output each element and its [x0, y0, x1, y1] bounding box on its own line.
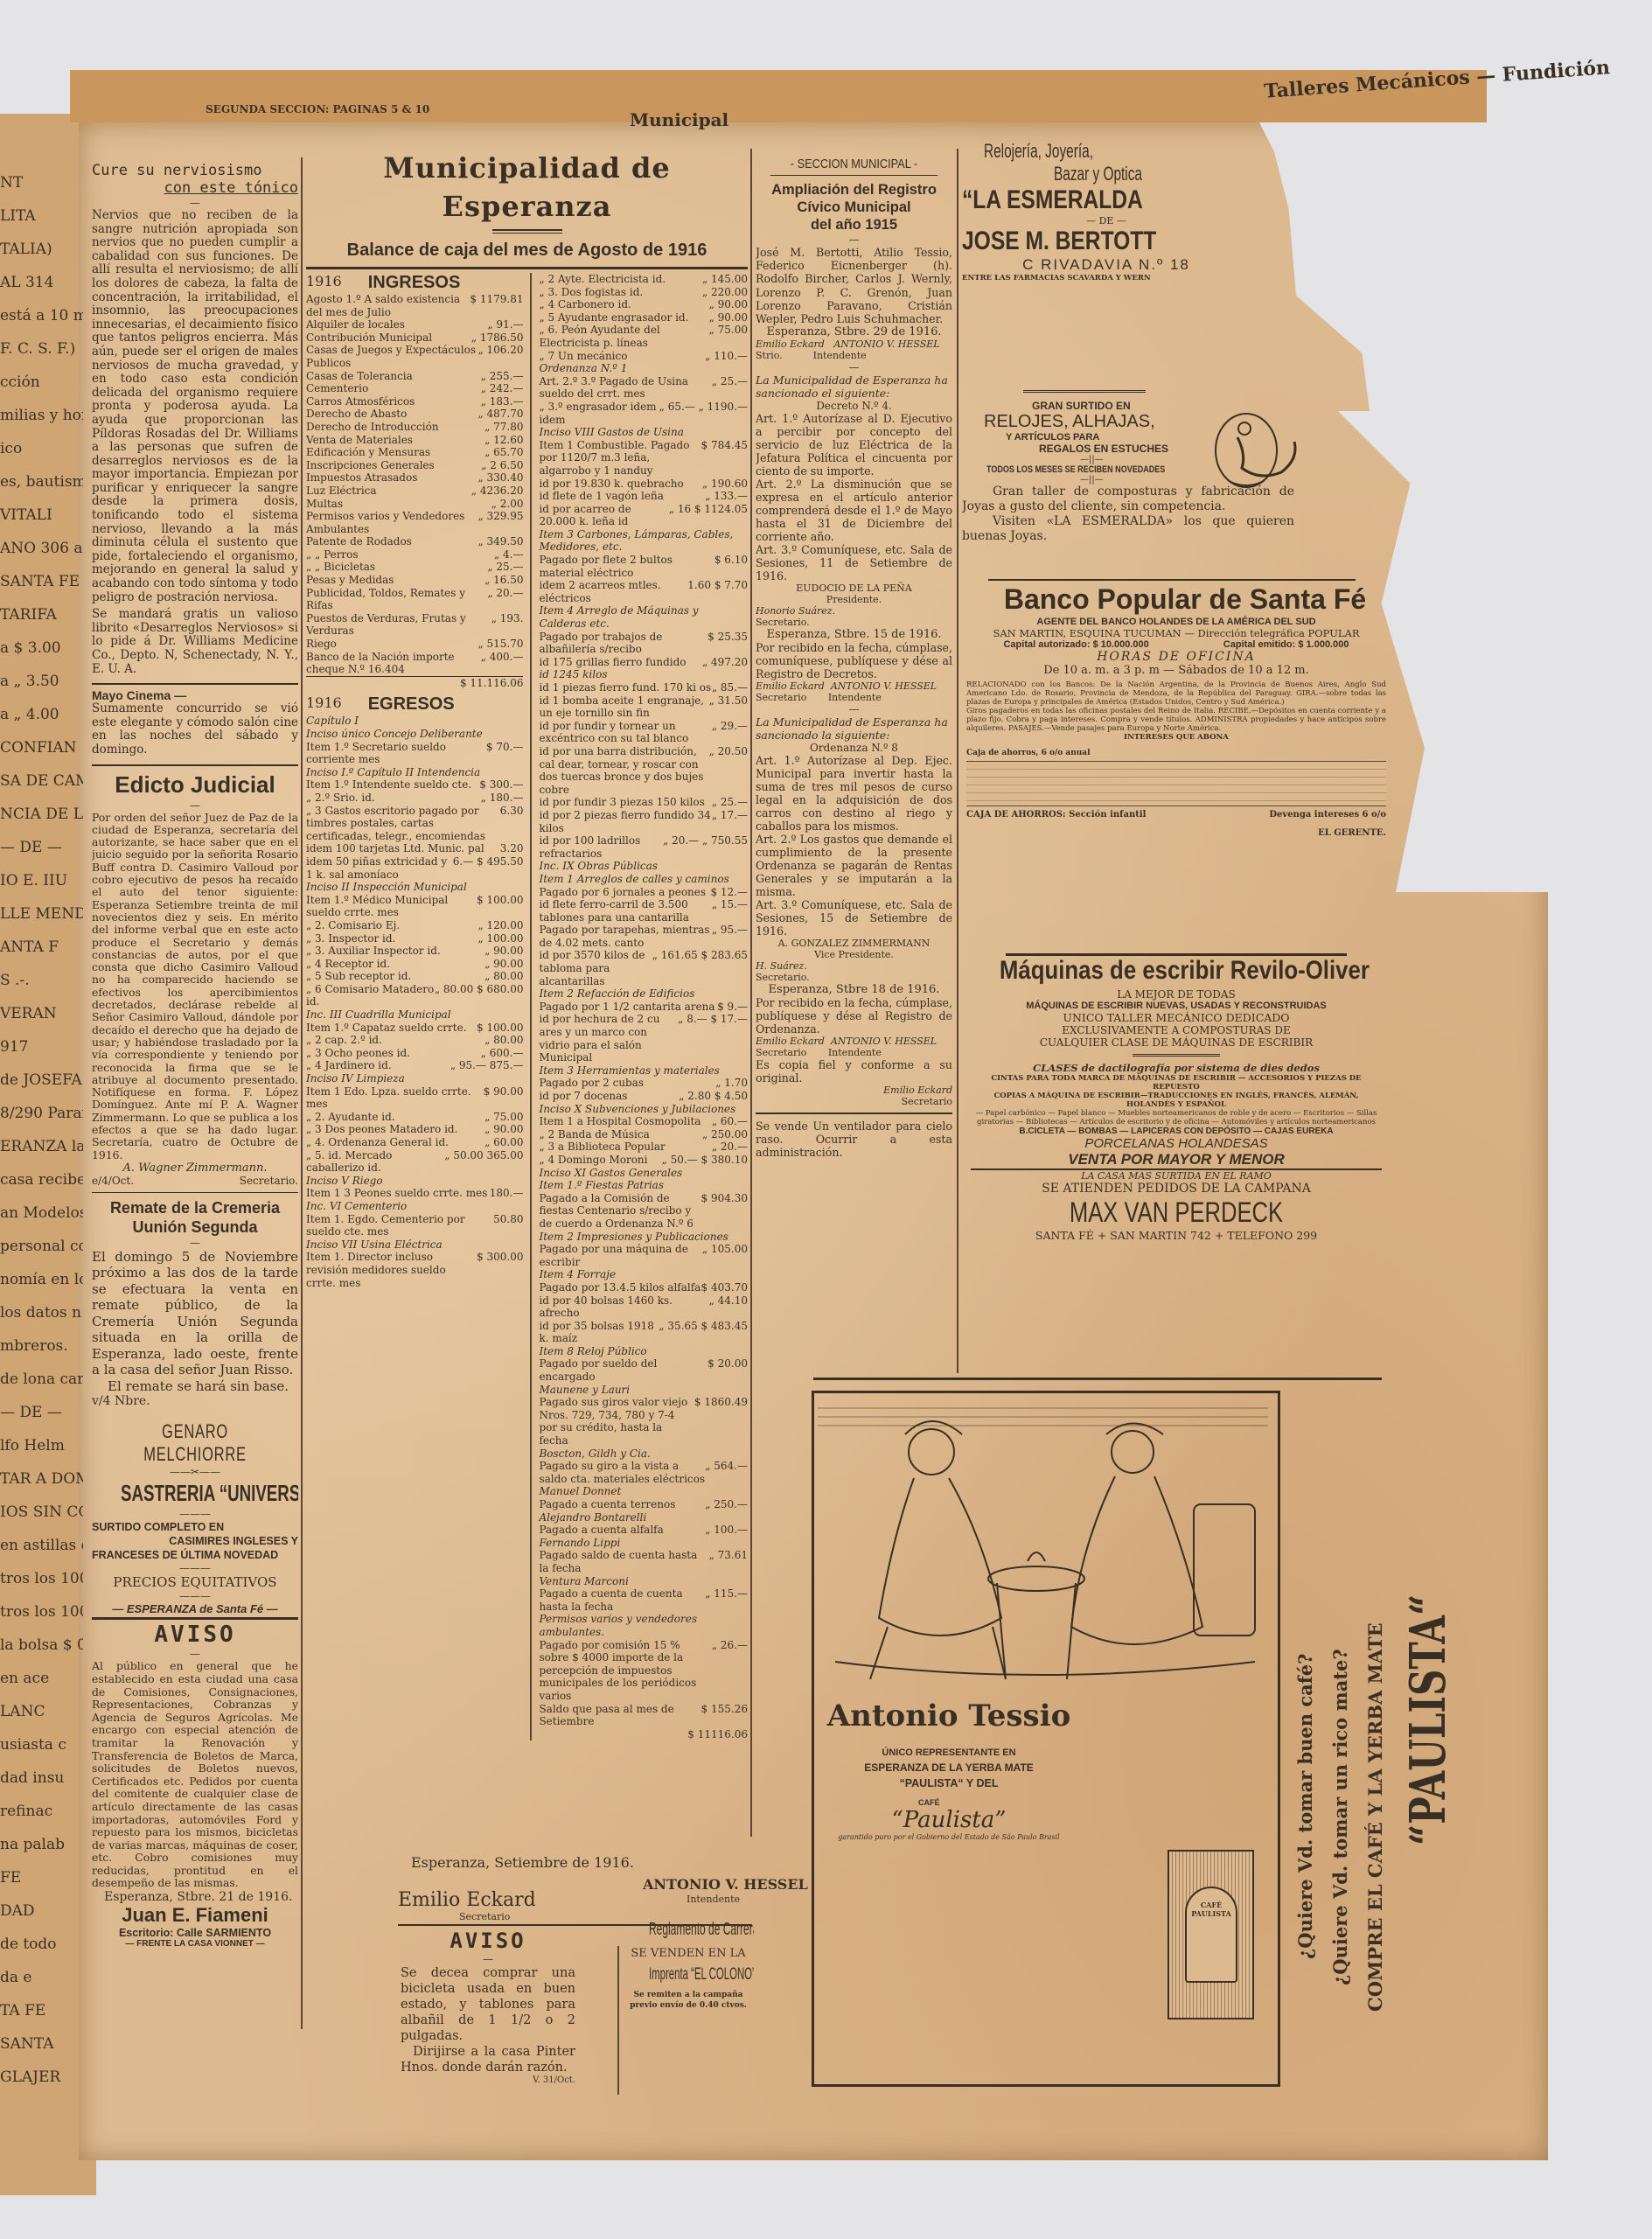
revilo-papel: — Papel carbónico — Papel blanco — Muebl…: [971, 1109, 1382, 1126]
ledger-row: Inciso único Concejo Deliberante: [306, 728, 523, 741]
ordenanza-secretary-role: Secretario.: [756, 972, 952, 983]
ledger-row: Pagado sus giros valor viejo Nros. 729, …: [539, 1396, 748, 1447]
revilo-bicicleta: B.CICLETA — BOMBAS — LAPICERAS CON DEPÓS…: [971, 1126, 1382, 1136]
ledger-item: Maunene y Lauri: [539, 1384, 630, 1397]
column-divider: [957, 149, 958, 1373]
sastreria-city: — ESPERANZA de Santa Fé —: [92, 1602, 298, 1615]
ledger-row: Item 1 Combustible. Pagado por 1120/7 m.…: [539, 439, 748, 478]
ledger-row: Pagado por 6 jornales a peones$ 12.—: [539, 886, 748, 899]
ledger-item: id por 19.830 k. quebracho: [539, 478, 683, 491]
ledger-row: „ 3.º engrasador idem idem„ 65.— „ 1190.…: [539, 401, 748, 426]
reglamento-ad: Reglamento de Carreras SE VENDEN EN LA I…: [623, 1920, 754, 2095]
ledger-amount: „ 220.00: [702, 286, 748, 299]
ledger-amount: 6.30: [500, 805, 524, 843]
ledger-amount: $ 904.30: [701, 1192, 748, 1231]
ledger-item: „ 3. Dos fogistas id.: [539, 286, 643, 299]
ledger-item: Item 1 Arreglos de calles y caminos: [539, 873, 728, 886]
revilo-line-1: LA MEJOR DE TODAS: [971, 988, 1382, 1001]
esmeralda-between: ENTRE LAS FARMACIAS SCAVARDA Y WERN: [962, 274, 1251, 282]
ledger-row: „ 2.º Srio. id.„ 180.—: [306, 792, 523, 805]
ledger-row: „ 2. Ayudante id.„ 75.00: [306, 1111, 523, 1124]
ledger-item: Pagado a cuenta alfalfa: [539, 1524, 663, 1537]
ledger-row: idem 50 piñas extricidad y 1 k. sal amon…: [306, 855, 523, 881]
ledger-row: Casas de Tolerancia„ 255.—: [306, 370, 523, 383]
ledger-row: id por fundir 3 piezas 150 kilos„ 25.—: [539, 796, 748, 809]
ledger-amount: „ 250.—: [705, 1498, 748, 1511]
ledger-amount: „ 515.70: [477, 638, 523, 651]
decreto-date: Esperanza, Stbre. 15 de 1916.: [756, 628, 952, 641]
edicto-text: Por orden del señor Juez de Paz de la ci…: [92, 812, 298, 1161]
ledger-row: „ 6 Comisario Matadero id.„ 80.00 $ 680.…: [306, 983, 523, 1008]
ledger-row: „ 3 Gastos escritorio pagado por timbres…: [306, 805, 523, 843]
ledger-amount: $ 100.00: [477, 1022, 523, 1035]
ledger-item: Inciso VIII Gastos de Usina: [539, 426, 683, 439]
ledger-row: id flete de 1 vagón leña„ 133.—: [539, 490, 748, 503]
ledger-amount: „ 95.—: [712, 924, 748, 949]
ledger-amount: „ 133.—: [705, 490, 748, 503]
copy-statement: Es copia fiel y conforme a su original.: [756, 1058, 952, 1085]
ledger-item: Item 1 a Hospital Cosmopolita: [539, 1115, 701, 1128]
ledger-amount: „ 50.00 365.00: [444, 1149, 523, 1175]
ledger-amount: $ 1860.49: [694, 1396, 748, 1447]
ledger-amount: $ 1179.81: [470, 293, 523, 318]
ledger-item: „ 3 Gastos escritorio pagado por timbres…: [306, 805, 500, 843]
left-strip-line: TA FE: [0, 1994, 83, 2027]
ledger-item: Contribución Municipal: [306, 331, 432, 345]
ledger-amount: $ 12.—: [710, 886, 748, 899]
aviso-bici-text: Se decea comprar una bicicleta usada en …: [401, 1965, 575, 2044]
mayo-cinema-title: Mayo Cinema —: [92, 688, 298, 702]
ledger-item: „ 6 Comisario Matadero id.: [306, 983, 435, 1008]
edicto-title: Edicto Judicial: [92, 770, 298, 799]
left-strip-line: — DE —: [0, 1396, 83, 1429]
ledger-item: Pagado por comisión 15 % sobre $ 4000 im…: [539, 1639, 711, 1703]
ledger-amount: $ 9.—: [717, 1001, 748, 1014]
ledger-item: Pagado por 2 cubas: [539, 1077, 644, 1090]
ledger-amount: „ 65.— „ 1190.—: [659, 401, 748, 426]
tessio-line-1: ÚNICO REPRESENTANTE EN: [818, 1747, 1080, 1758]
decreto-intro: La Municipalidad de Esperanza ha sancion…: [756, 373, 952, 400]
column-divider: [750, 149, 752, 1837]
left-strip-line: SANTA: [0, 2027, 83, 2061]
ledger-row: Edificación y Mensuras„ 65.70: [306, 446, 523, 459]
ledger-row: id por fundir y tornear un excéntrico co…: [539, 720, 748, 745]
ledger-row: Manuel Donnet: [539, 1485, 748, 1498]
ordenanza-vp-role: Vice Presidente.: [756, 949, 952, 960]
ledger-item: Alquiler de locales: [306, 318, 405, 331]
ledger-item: „ 5 Sub receptor id.: [306, 970, 411, 983]
ledger-row: id flete ferro-carril de 3.500 tablones …: [539, 898, 748, 924]
ledger-amount: $ 784.45: [701, 439, 748, 478]
ledger-amount: „ 65.70: [484, 446, 523, 459]
ledger-row: Item 1.º Médico Municipal sueldo crrte. …: [306, 894, 523, 919]
banco-gerente: EL GERENTE.: [966, 828, 1386, 838]
ledger-item: Publicidad, Toldos, Remates y Rifas: [306, 587, 487, 612]
mermaid-illustration-icon: [1211, 411, 1316, 499]
ledger-amount: „ 330.40: [477, 471, 523, 485]
ledger-item: Item 1.º Fiestas Patrias: [539, 1179, 664, 1192]
ledger-row: Agosto 1.º A saldo existencia del mes de…: [306, 293, 523, 318]
ledger-amount: 50.80: [493, 1213, 523, 1238]
rule: [988, 579, 1356, 581]
ledger-item: Pagado a cuenta terrenos: [539, 1498, 675, 1511]
revilo-venta: VENTA POR MAYOR Y MENOR: [971, 1151, 1382, 1170]
ledger-item: Pagado sus giros valor viejo Nros. 729, …: [539, 1396, 694, 1447]
ledger-row: Carros Atmosféricos„ 183.—: [306, 395, 523, 408]
ledger-item: Inciso VII Usina Eléctrica: [306, 1238, 443, 1252]
revilo-line-3: UNICO TALLER MECÁNICO DEDICADO: [971, 1011, 1382, 1024]
ledger-item: Item 1. Egdo. Cementerio por sueldo cte.…: [306, 1213, 493, 1238]
se-vende-notice: Se vende Un ventilador para cielo raso. …: [756, 1119, 952, 1159]
ledger-item: „ 2. Ayudante id.: [306, 1111, 395, 1124]
ledger-row: Item 1.º Secretario sueldo corriente mes…: [306, 741, 523, 766]
nervios-title-1: Cure su nerviosismo: [92, 162, 298, 179]
capital-issued-label: Capital emitido:: [1223, 639, 1296, 650]
ingresos-heading: INGRESOS: [368, 273, 461, 293]
decreto-text: Por recibido en la fecha, cúmplase, comu…: [756, 641, 952, 680]
ledger-item: Inciso único Concejo Deliberante: [306, 728, 483, 741]
reglamento-title: Reglamento de Carreras: [649, 1920, 728, 1940]
column-1: Cure su nerviosismo con este tónico — Ne…: [92, 162, 298, 2138]
revilo-line-4: EXCLUSIVAMENTE A COMPOSTURAS DE: [971, 1024, 1382, 1036]
ledger-item: „ 7 Un mecánico: [539, 350, 627, 363]
left-strip-line: IO E. IIU: [0, 864, 83, 897]
reglamento-line-2: Imprenta “EL COLONO”: [649, 1965, 728, 1984]
ledger-amount: „ 193.: [491, 612, 524, 638]
banco-hours: De 10 a. m. a 3 p. m — Sábados de 10 a 1…: [966, 664, 1386, 677]
ledger-amount: „ 20.—: [487, 587, 523, 612]
ledger-item: Patente de Rodados: [306, 535, 412, 548]
ledger-row: Inscripciones Generales„ 2 6.50: [306, 459, 523, 472]
ledger-amount: „ 25.—: [712, 375, 748, 401]
ledger-row: „ 4 Carbonero id.„ 90.00: [539, 298, 748, 311]
ledger-amount: „ 115.—: [705, 1587, 748, 1613]
left-strip-line: personal com: [0, 1230, 83, 1263]
ledger-amount: $ 90.00: [484, 1085, 524, 1111]
revilo-cintas: CINTAS PARA TODA MARCA DE MÁQUINAS DE ES…: [971, 1074, 1382, 1092]
left-strip-line: tros los 1000 kilo: [0, 1595, 83, 1629]
ledger-item: Item 4 Forraje: [539, 1268, 616, 1281]
left-strip-line: cción: [0, 366, 83, 399]
banco-address: SAN MARTIN, ESQUINA TUCUMAN — Dirección …: [966, 627, 1386, 639]
ledger-item: id por 40 bolsas 1460 ks. afrecho: [539, 1294, 708, 1320]
ledger-item: Saldo que pasa al mes de Setiembre: [539, 1703, 701, 1728]
ledger-row: Pagado saldo de cuenta hasta la fecha„ 7…: [539, 1549, 748, 1574]
ledger-row: Maunene y Lauri: [539, 1384, 748, 1397]
left-strip-line: está a 10 m: [0, 299, 83, 332]
banco-caja: Caja de ahorros, 6 o/o anual: [966, 749, 1386, 757]
ledger-item: id 1245 kilos: [539, 668, 607, 681]
capital-authorized-label: Capital autorizado:: [1003, 639, 1090, 650]
left-strip-line: lfo Helm: [0, 1429, 83, 1462]
rule: [813, 1378, 1382, 1380]
ledger-item: „ 2 Banda de Música: [539, 1128, 649, 1141]
ledger-item: Item 1.º Capataz sueldo crrte.: [306, 1022, 467, 1035]
ledger-item: id por 2 piezas fierro fundido 34 kilos: [539, 809, 711, 834]
paulista-buy: COMPRE EL CAFÉ Y LA YERBA MATE: [1364, 1622, 1386, 2012]
ledger-item: Item 2 Refacción de Edificios: [539, 987, 694, 1001]
ledger-item: Cementerio: [306, 382, 368, 395]
ledger-item: „ 5 Ayudante engrasador id.: [539, 311, 688, 324]
ledger-amount: „ 29.—: [712, 720, 748, 745]
decreto-art-2: Art. 2.º La disminución que se expresa e…: [756, 478, 952, 543]
ledger-row: „ 2 Ayte. Electricista id.„ 145.00: [539, 273, 748, 286]
ledger-row: Item 3 Carbones, Lámparas, Cables, Medid…: [539, 528, 748, 554]
ledger-row: Casas de Juegos y Expectáculos Publicos„…: [306, 344, 523, 369]
ledger-amount: 6.— $ 495.50: [453, 855, 524, 881]
cafe-package-label: CAFÉ PAULISTA: [1185, 1887, 1237, 1983]
ledger-amount: „ 120.00: [477, 919, 523, 932]
left-strip-line: ico: [0, 432, 83, 465]
revilo-porcelanas: PORCELANAS HOLANDESAS: [971, 1136, 1382, 1151]
egresos-year: 1916: [306, 694, 342, 715]
ledger-amount: „ 20.50: [709, 745, 748, 796]
ledger-item: Inscripciones Generales: [306, 459, 435, 472]
esmeralda-visiten: Visiten «LA ESMERALDA» los que quieren b…: [962, 514, 1294, 544]
ledger-amount: „ 15.—: [712, 898, 748, 924]
ledger-amount: $ 300.—: [479, 778, 523, 792]
ledger-amount: $ 70.—: [486, 741, 524, 766]
ledger-amount: „ 80.00: [484, 1034, 523, 1047]
ledger-item: „ 4 Receptor id.: [306, 958, 390, 971]
ledger-item: Pagado por flete 2 bultos material eléct…: [539, 554, 714, 579]
ledger-item: „ 4 Domingo Moroni: [539, 1154, 647, 1167]
ledger-amount: „ 8.— $ 17.—: [678, 1013, 748, 1064]
left-strip-line: TAR A DOMICI: [0, 1462, 83, 1496]
ledger-item: id por fundir y tornear un excéntrico co…: [539, 720, 711, 745]
ledger-item: Item 1 3 Peones sueldo crrte. mes: [306, 1187, 487, 1200]
copy-role: Secretario: [756, 1096, 952, 1107]
left-strip-line: VITALI: [0, 499, 83, 532]
ledger-row: Pagado por trabajos de albañilería s/rec…: [539, 631, 748, 656]
left-strip-line: IOS SIN COMPETEN: [0, 1496, 83, 1529]
ledger-item: Pagado por 1 1/2 cantarita arena: [539, 1001, 714, 1014]
ledger-item: Riego: [306, 638, 337, 651]
ledger-item: Casas de Juegos y Expectáculos Publicos: [306, 344, 477, 369]
sastreria-line-3: FRANCESES DE ÚLTIMA NOVEDAD: [92, 1548, 298, 1562]
ordenanza-intro: La Municipalidad de Esperanza ha sancion…: [756, 715, 952, 742]
ledger-item: Permisos varios y Vendedores Ambulantes: [306, 510, 477, 535]
tessio-line-2: ESPERANZA DE LA YERBA MATE: [818, 1761, 1080, 1774]
ledger-row: Inciso V Riego: [306, 1175, 523, 1188]
ledger-amount: „ 161.65 $ 283.65: [652, 949, 748, 987]
sastreria-prices: PRECIOS EQUITATIVOS: [92, 1574, 298, 1590]
ledger-row: Item 4 Forraje: [539, 1268, 748, 1281]
decreto-art-3: Art. 3.º Comuníquese, etc. Sala de Sesio…: [756, 543, 952, 582]
paulista-brand: “PAULISTA“: [1399, 1594, 1457, 1845]
ledger-amount: „ 145.00: [702, 273, 748, 286]
left-strip-line: a „ 3.50: [0, 665, 83, 698]
ledger-amount: „ 349.50: [477, 535, 523, 548]
ledger-row: „ „ Bicicletas„ 25.—: [306, 561, 523, 574]
revilo-owner: MAX VAN PERDECK: [1012, 1196, 1341, 1229]
ledger-row: $ 11116.06: [539, 1728, 748, 1741]
left-strip-line: en astillas corta: [0, 1529, 83, 1562]
ledger-item: „ 5. id. Mercado caballerizo id.: [306, 1149, 444, 1175]
ledger-item: id por 3570 kilos de tabloma para alcant…: [539, 949, 652, 987]
municipal-secretary-role: Secretario: [459, 1911, 510, 1922]
left-strip-line: ANO 306 al: [0, 532, 83, 565]
esmeralda-de: — DE —: [962, 215, 1251, 227]
ledger-item: id por 7 docenas: [539, 1090, 627, 1103]
ledger-item: Item 1 Edo. Lpza. sueldo crrte. mes: [306, 1085, 484, 1111]
ledger-amount: „ 100.00: [477, 932, 523, 945]
ledger-item: „ 4 Jardinero id.: [306, 1059, 392, 1072]
ordenanza-date: Esperanza, Stbre 18 de 1916.: [756, 983, 952, 996]
ordenanza-roles: Secretario Intendente: [756, 1047, 952, 1058]
ledger-item: id 175 grillas fierro fundido: [539, 656, 686, 669]
ledger-item: Inciso XI Gastos Generales: [539, 1167, 682, 1180]
ledger-item: Pagado a cuenta de cuenta hasta la fecha: [539, 1587, 705, 1613]
sastreria-line-2: CASIMIRES INGLESES Y: [92, 1534, 298, 1548]
ledger-item: id 1 bomba aceite 1 engranaje, un eje to…: [539, 694, 708, 720]
ledger-amount: „ 183.—: [481, 395, 524, 408]
ledger-row: „ 5 Sub receptor id.„ 80.00: [306, 970, 523, 983]
ledger-item: Agosto 1.º A saldo existencia del mes de…: [306, 293, 470, 318]
left-strip-line: GLAJER: [0, 2061, 83, 2094]
decreto-president: EUDOCIO DE LA PEÑA: [756, 582, 952, 594]
left-underlying-column: NTLITATALIA)AL 314está a 10 mF. C. S. F.…: [0, 166, 83, 2152]
ledger-item: Derecho de Abasto: [306, 408, 407, 421]
decreto-president-role: Presidente.: [756, 594, 952, 605]
revilo-line-2: MÁQUINAS DE ESCRIBIR NUEVAS, USADAS Y RE…: [971, 1001, 1382, 1011]
ledger-row: id por 35 bolsas 1918 k. maíz„ 35.65 $ 4…: [539, 1320, 748, 1345]
ledger-row: „ 5. id. Mercado caballerizo id.„ 50.00 …: [306, 1149, 523, 1175]
decreto-number: Decreto N.º 4.: [756, 400, 952, 412]
ledger-row: id 1245 kilos: [539, 668, 748, 681]
left-strip-line: de lona carbon: [0, 1363, 83, 1396]
ledger-amount: „ 497.20: [702, 656, 748, 669]
ledger-row: Alquiler de locales„ 91.—: [306, 318, 523, 331]
seccion-header: - SECCION MUNICIPAL -: [770, 153, 938, 176]
ledger-row: „ „ Perros„ 4.—: [306, 548, 523, 561]
aviso-name: Juan E. Fiameni: [92, 1904, 298, 1927]
ledger-row: Saldo que pasa al mes de Setiembre$ 155.…: [539, 1703, 748, 1728]
ledger-row: Publicidad, Toldos, Remates y Rifas„ 20.…: [306, 587, 523, 612]
egresos-table: Capítulo IInciso único Concejo Deliberan…: [306, 715, 523, 1289]
ledger-row: „ 3 a Biblioteca Popular„ 20.—: [539, 1140, 748, 1154]
registro-date: Esperanza, Stbre. 29 de 1916.: [756, 325, 952, 338]
left-strip-line: SANTA FE: [0, 565, 83, 598]
ledger-row: „ 7 Un mecánico„ 110.—: [539, 350, 748, 363]
sastreria-owner: GENARO MELCHIORRE: [118, 1420, 273, 1466]
ledger-amount: „ 400.—: [481, 651, 524, 676]
ledger-row: Pagado a cuenta terrenos„ 250.—: [539, 1498, 748, 1511]
ledger-amount: $ 11116.06: [687, 1728, 748, 1741]
municipal-title: Municipalidad de Esperanza: [306, 149, 748, 226]
ledger-item: Impuestos Atrasados: [306, 471, 417, 485]
ledger-row: Item 1.º Intendente sueldo cte.$ 300.—: [306, 778, 523, 792]
ledger-item: Inc. III Cuadrilla Municipal: [306, 1008, 451, 1022]
revilo-title: Máquinas de escribir Revilo-Oliver: [1000, 953, 1353, 988]
ledger-amount: $ 20.00: [708, 1357, 748, 1383]
ledger-amount: 3.20: [500, 842, 524, 855]
ledger-row: Derecho de Abasto„ 487.70: [306, 408, 523, 421]
aviso-title: AVISO: [92, 1622, 298, 1648]
ledger-amount: „ 16 $ 1124.05: [669, 503, 748, 528]
ledger-item: id por fundir 3 piezas 150 kilos: [539, 796, 704, 809]
balance-right-column: „ 2 Ayte. Electricista id.„ 145.00„ 3. D…: [539, 273, 748, 1740]
ledger-item: Pagado saldo de cuenta hasta la fecha: [539, 1549, 708, 1574]
ledger-row: id por acarreo de 20.000 k. leña id„ 16 …: [539, 503, 748, 528]
ledger-item: Art. 2.º 3.º Pagado de Usina sueldo del …: [539, 375, 711, 401]
ledger-item: id por acarreo de 20.000 k. leña id: [539, 503, 668, 528]
ledger-item: „ 3. Auxiliar Inspector id.: [306, 945, 441, 958]
revilo-copias: COPIAS A MÁQUINA DE ESCRIBIR—TRADUCCIONE…: [971, 1092, 1382, 1109]
ledger-row: id por una barra distribución, cal dear,…: [539, 745, 748, 796]
ledger-amount: „ 60.00: [484, 1136, 523, 1149]
ledger-row: Pagado por 1 1/2 cantarita arena$ 9.—: [539, 1001, 748, 1014]
ledger-amount: „ 95.— 875.—: [450, 1059, 524, 1072]
ledger-item: Item 3 Herramientas y materiales: [539, 1064, 719, 1078]
remate-text: El domingo 5 de Noviembre próximo a las …: [92, 1249, 298, 1378]
ledger-row: id por 40 bolsas 1460 ks. afrecho„ 44.10: [539, 1294, 748, 1320]
ledger-item: idem 100 tarjetas Ltd. Munic. pal: [306, 842, 484, 855]
ledger-amount: $ 25.35: [708, 631, 748, 656]
tessio-brand: “Paulista”: [818, 1807, 1080, 1833]
ledger-row: id 175 grillas fierro fundido„ 497.20: [539, 656, 748, 669]
ordenanza-signatures: Emilio Eckard ANTONIO V. HESSEL: [756, 1036, 952, 1047]
ledger-item: „ 3.º engrasador idem idem: [539, 401, 659, 426]
ledger-item: id por 100 ladrillos refractarios: [539, 834, 663, 860]
ledger-item: Casas de Tolerancia: [306, 370, 413, 383]
ledger-item: Inciso X Subvenciones y Jubilaciones: [539, 1103, 735, 1116]
left-strip-line: TALIA): [0, 233, 83, 266]
ledger-row: Pagado por 13.4.5 kilos alfalfa$ 403.70: [539, 1281, 748, 1294]
ordenanza-art-1: Art. 1.º Autorízase al Dep. Ejec. Munici…: [756, 754, 952, 833]
revilo-casa: LA CASA MAS SURTIDA EN EL RAMO: [971, 1170, 1382, 1182]
ledger-item: Item 8 Reloj Público: [539, 1345, 646, 1358]
ledger-item: Item 2 Impresiones y Publicaciones: [539, 1231, 728, 1244]
ledger-amount: „ 31.50: [709, 694, 748, 720]
nervios-text-2: Se mandará gratis un valioso librito «De…: [92, 608, 298, 676]
edicto-signature: A. Wagner Zimmermann.: [92, 1161, 298, 1175]
ledger-row: Permisos varios y Vendedores Ambulantes„…: [306, 510, 523, 535]
ledger-row: Inciso IV Limpieza: [306, 1072, 523, 1085]
ledger-row: Cementerio„ 242.—: [306, 382, 523, 395]
banco-devenga: Devenga intereses 6 o/o: [1269, 810, 1386, 820]
esmeralda-header: Relojería, Joyería, Bazar y Optica “LA E…: [962, 140, 1251, 385]
ledger-item: Pagado por trabajos de albañilería s/rec…: [539, 631, 708, 656]
ledger-row: „ 3. Dos fogistas id.„ 220.00: [539, 286, 748, 299]
ledger-row: Inc. VI Cementerio: [306, 1200, 523, 1213]
ledger-amount: $ 300.00: [477, 1251, 523, 1289]
left-strip-line: ERANZA las: [0, 1130, 83, 1163]
left-strip-line: S .-.: [0, 964, 83, 997]
ledger-row: „ 6. Peón Ayudante del Electricista p. l…: [539, 324, 748, 349]
ledger-item: Pagado por 13.4.5 kilos alfalfa: [539, 1281, 701, 1294]
left-strip-line: 8/290 Parana: [0, 1097, 83, 1130]
ledger-item: Alejandro Bontarelli: [539, 1511, 646, 1524]
ledger-amount: „ 20.— „ 750.55: [663, 834, 748, 860]
ledger-item: Item 1 Combustible. Pagado por 1120/7 m.…: [539, 439, 701, 478]
remate-text-2: El remate se hará sin base.: [92, 1378, 298, 1395]
left-strip-line: DAD: [0, 1894, 83, 1928]
left-strip-line: de JOSEFA: [0, 1064, 83, 1097]
ledger-row: Ordenanza N.º 1: [539, 362, 748, 375]
ordenanza-art-2: Art. 2.º Los gastos que demande el cumpl…: [756, 833, 952, 898]
ledger-amount: „ 105.00: [702, 1243, 748, 1268]
decreto-art-1: Art. 1.º Autorízase al D. Ejecutivo a pe…: [756, 412, 952, 478]
edicto-note: e/4/Oct.: [92, 1175, 134, 1187]
ledger-amount: „ 60.—: [712, 1115, 748, 1128]
ledger-row: „ 2 cap. 2.º id.„ 80.00: [306, 1034, 523, 1047]
ledger-item: Pagado por sueldo del encargado: [539, 1357, 708, 1383]
ledger-row: id por 3570 kilos de tabloma para alcant…: [539, 949, 748, 987]
ledger-amount: „ 25.—: [712, 796, 748, 809]
ledger-amount: „ 190.60: [702, 478, 748, 491]
left-strip-line: an Modelos y: [0, 1196, 83, 1230]
